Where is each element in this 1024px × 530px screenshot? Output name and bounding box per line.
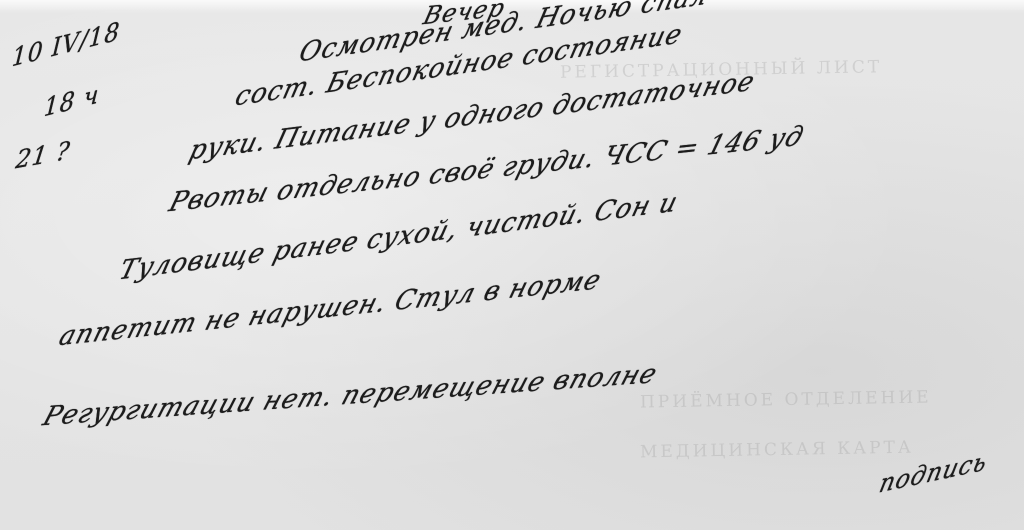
margin-note: 21 ? <box>14 136 72 175</box>
note-line-7: Регургитации нет. перемещение вполне <box>39 359 662 433</box>
margin-date: 10 IV/18 <box>11 16 121 72</box>
bleed-through-text: ПРИЁМНОЕ ОТДЕЛЕНИЕ <box>640 387 932 412</box>
scanned-document-page: РЕГИСТРАЦИОННЫЙ ЛИСТ ПРИЁМНОЕ ОТДЕЛЕНИЕ … <box>0 0 1024 530</box>
bleed-through-text: МЕДИЦИНСКАЯ КАРТА <box>640 438 914 463</box>
margin-time: 18 ч <box>43 79 100 122</box>
